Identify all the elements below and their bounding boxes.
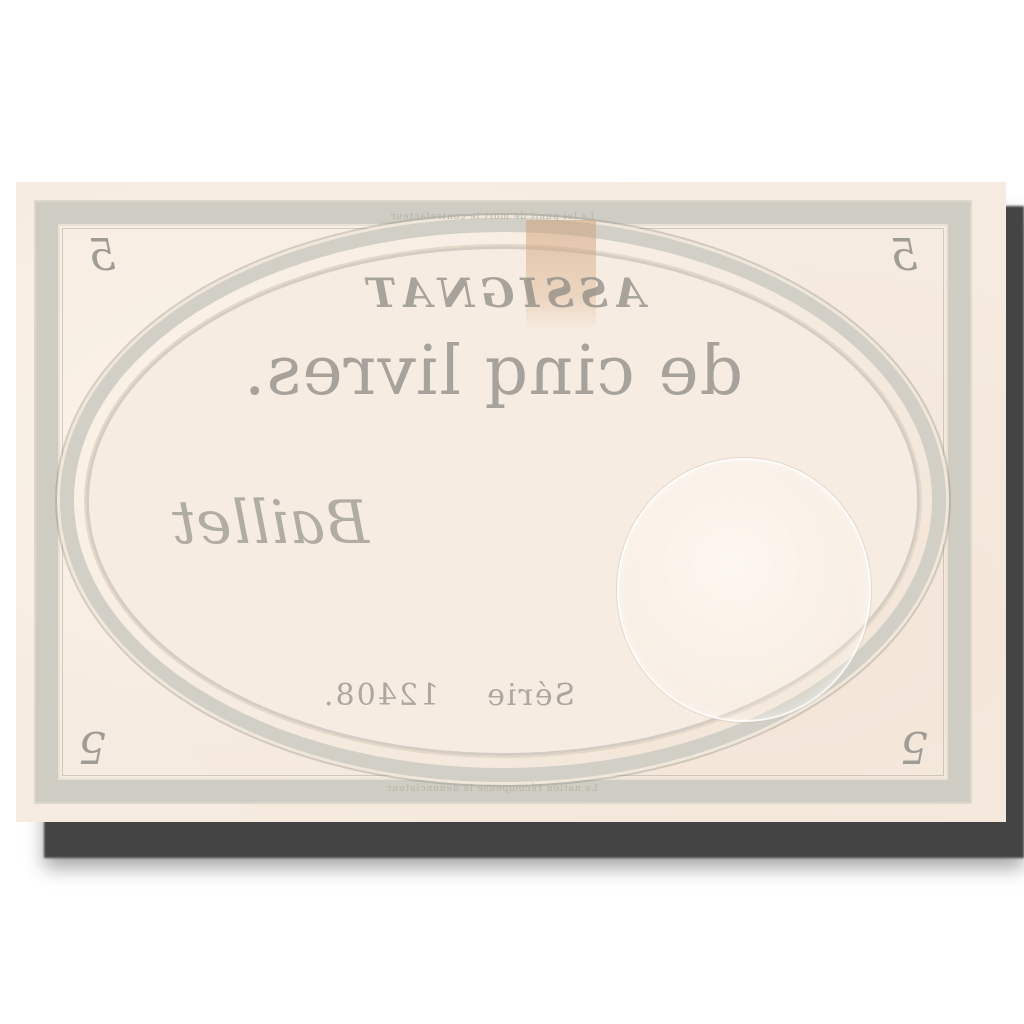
bottom-legend-text: La nation récompense le dénonciateur	[342, 784, 642, 794]
note-denomination: de cinq livres.	[16, 332, 974, 411]
serie-number: 12408.	[322, 678, 439, 713]
embossed-dry-seal	[617, 458, 871, 722]
note-title: ASSIGNAT	[22, 270, 984, 317]
signature: Baillet	[172, 488, 369, 558]
banknote-face: 5 5 5 5 La loi punit de mort le contrefa…	[22, 188, 984, 816]
corner-numeral-bottom-left: 5	[58, 656, 188, 776]
top-legend-text: La loi punit de mort le contrefacteur	[342, 212, 642, 222]
serie-label: Série	[485, 678, 575, 713]
banknote: 5 5 5 5 La loi punit de mort le contrefa…	[16, 182, 1006, 822]
numeral-5-icon: 5	[78, 721, 106, 772]
serie-line: Série 12408.	[322, 678, 575, 713]
numeral-5-icon: 5	[900, 721, 928, 772]
